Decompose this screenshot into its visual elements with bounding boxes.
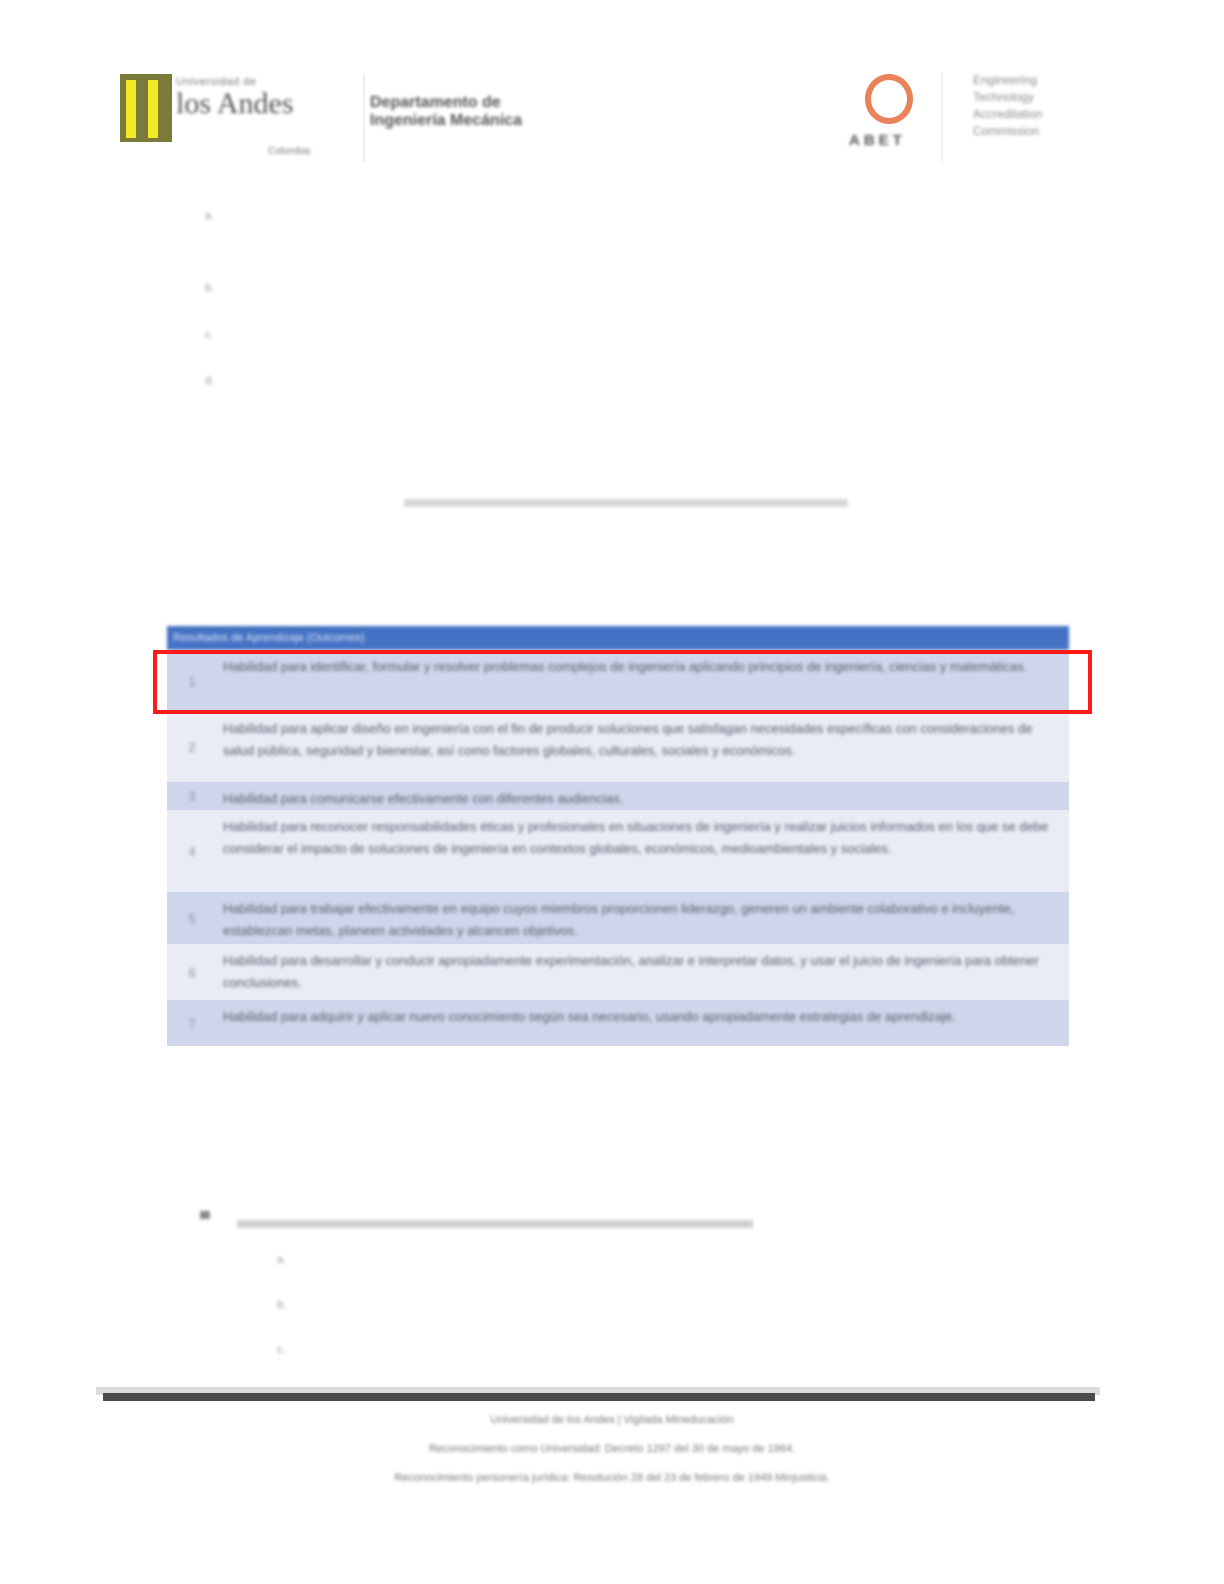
outcome-number: 1 [167, 650, 217, 712]
outcome-number: 5 [167, 892, 217, 944]
abet-commission: Engineering Technology Accreditation Com… [973, 72, 1042, 140]
list-item-marker: a. [205, 210, 214, 222]
abet-logo: ABET Engineering Technology Accreditatio… [845, 70, 1105, 165]
outcome-text: Habilidad para reconocer responsabilidad… [217, 810, 1069, 892]
university-name: los Andes [176, 88, 401, 120]
outcome-text: Habilidad para aplicar diseño en ingenie… [217, 712, 1069, 782]
outcome-text: Habilidad para comunicarse efectivamente… [217, 782, 1069, 810]
bullet-icon [200, 1211, 210, 1219]
list-item-marker: b. [205, 282, 214, 294]
table-row: 4Habilidad para reconocer responsabilida… [167, 810, 1069, 892]
outcome-number: 7 [167, 1000, 217, 1046]
list-item-marker: c. [205, 329, 214, 341]
outcome-number: 6 [167, 944, 217, 1000]
sub-list-marker: c. [277, 1344, 286, 1356]
outcome-number: 2 [167, 712, 217, 782]
table-row: 7Habilidad para adquirir y aplicar nuevo… [167, 1000, 1069, 1046]
footer-line-3: Reconocimiento personería jurídica: Reso… [0, 1472, 1224, 1484]
outcome-text: Habilidad para trabajar efectivamente en… [217, 892, 1069, 944]
university-crest-icon [120, 74, 172, 142]
outcomes-table: Resultados de Aprendizaje (Outcomes) 1Ha… [167, 626, 1069, 1046]
abet-divider [941, 72, 943, 162]
outcome-number: 4 [167, 810, 217, 892]
outcome-text: Habilidad para identificar, formular y r… [217, 650, 1069, 712]
outcome-text: Habilidad para adquirir y aplicar nuevo … [217, 1000, 1069, 1046]
table-row: 5Habilidad para trabajar efectivamente e… [167, 892, 1069, 944]
sub-list-marker: b. [277, 1299, 286, 1311]
abet-ring-icon [865, 74, 913, 124]
university-country: Colombia [268, 146, 310, 157]
footer-line-2: Reconocimiento como Universidad: Decreto… [0, 1443, 1224, 1455]
table-row: 1Habilidad para identificar, formular y … [167, 650, 1069, 712]
table-row: 2Habilidad para aplicar diseño en ingeni… [167, 712, 1069, 782]
university-logo: Universidad de los Andes Colombia Depart… [118, 72, 598, 167]
department-name: Departamento de Ingeniería Mecánica [370, 94, 522, 130]
table-header: Resultados de Aprendizaje (Outcomes) [167, 626, 1069, 650]
abet-label: ABET [849, 132, 906, 149]
footer-line-1: Universidad de los Andes | Vigilada Mine… [0, 1414, 1224, 1426]
header-divider [363, 74, 365, 162]
sub-list-marker: a. [277, 1254, 286, 1266]
table-row: 3Habilidad para comunicarse efectivament… [167, 782, 1069, 810]
outcome-text: Habilidad para desarrollar y conducir ap… [217, 944, 1069, 1000]
footer-rule [103, 1393, 1095, 1401]
table-row: 6Habilidad para desarrollar y conducir a… [167, 944, 1069, 1000]
sub-heading-line [237, 1220, 753, 1228]
section-heading-line [404, 499, 848, 507]
outcome-number: 3 [167, 782, 217, 810]
list-item-marker: d. [205, 375, 214, 387]
